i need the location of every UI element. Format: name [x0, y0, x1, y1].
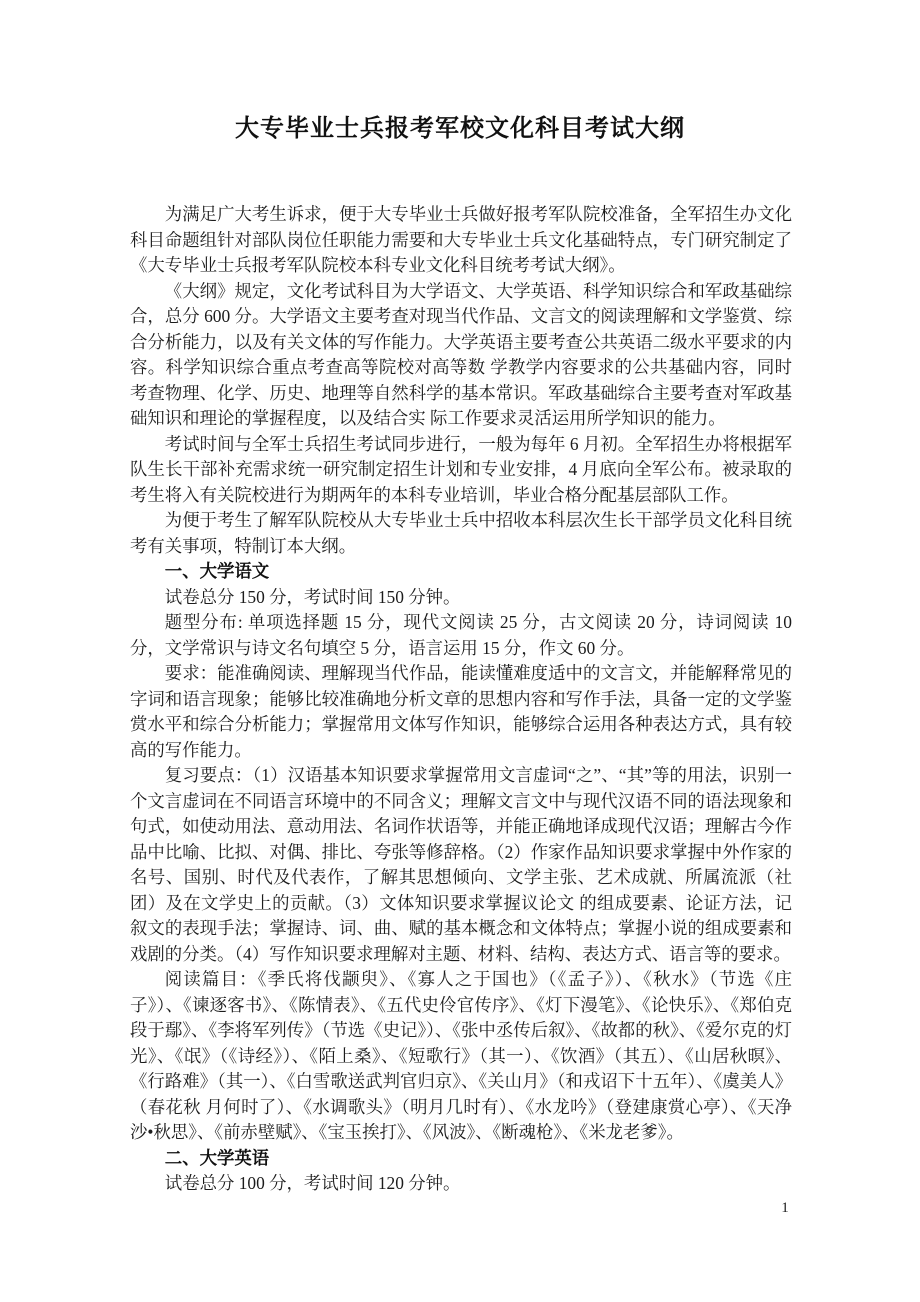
- section-heading-english: 二、大学英语: [130, 1146, 792, 1172]
- chinese-requirements-paragraph: 要求：能准确阅读、理解现当代作品，能读懂难度适中的文言文，并能解释常见的字词和语…: [130, 661, 792, 763]
- chinese-total-score-paragraph: 试卷总分 150 分，考试时间 150 分钟。: [130, 585, 792, 611]
- section-heading-chinese: 一、大学语文: [130, 559, 792, 585]
- chinese-question-types-paragraph: 题型分布: 单项选择题 15 分，现代文阅读 25 分，古文阅读 20 分，诗词…: [130, 610, 792, 661]
- document-page: 大专毕业士兵报考军校文化科目考试大纲 为满足广大考生诉求，便于大专毕业士兵做好报…: [0, 0, 920, 1302]
- chinese-review-points-paragraph: 复习要点：（1）汉语基本知识要求掌握常用文言虚词“之”、“其”等的用法，识别一个…: [130, 763, 792, 967]
- section-chinese: 一、大学语文 试卷总分 150 分，考试时间 150 分钟。 题型分布: 单项选…: [130, 559, 792, 1146]
- intro-paragraph-1: 为满足广大考生诉求，便于大专毕业士兵做好报考军队院校准备，全军招生办文化科目命题…: [130, 202, 792, 279]
- intro-paragraph-4: 为便于考生了解军队院校从大专毕业士兵中招收本科层次生长干部学员文化科目统考有关事…: [130, 508, 792, 559]
- chinese-reading-list-paragraph: 阅读篇目：《季氏将伐颛臾》、《寡人之于国也》（《孟子》）、《秋水》（节选《庄子》…: [130, 967, 792, 1146]
- page-number: 1: [770, 1200, 800, 1217]
- document-body: 为满足广大考生诉求，便于大专毕业士兵做好报考军队院校准备，全军招生办文化科目命题…: [130, 202, 792, 1197]
- english-total-score-paragraph: 试卷总分 100 分，考试时间 120 分钟。: [130, 1171, 792, 1197]
- section-english: 二、大学英语 试卷总分 100 分，考试时间 120 分钟。: [130, 1146, 792, 1197]
- intro-paragraph-3: 考试时间与全军士兵招生考试同步进行，一般为每年 6 月初。全军招生办将根据军队生…: [130, 432, 792, 509]
- intro-paragraph-2: 《大纲》规定，文化考试科目为大学语文、大学英语、科学知识综合和军政基础综合，总分…: [130, 279, 792, 432]
- document-title: 大专毕业士兵报考军校文化科目考试大纲: [0, 108, 920, 143]
